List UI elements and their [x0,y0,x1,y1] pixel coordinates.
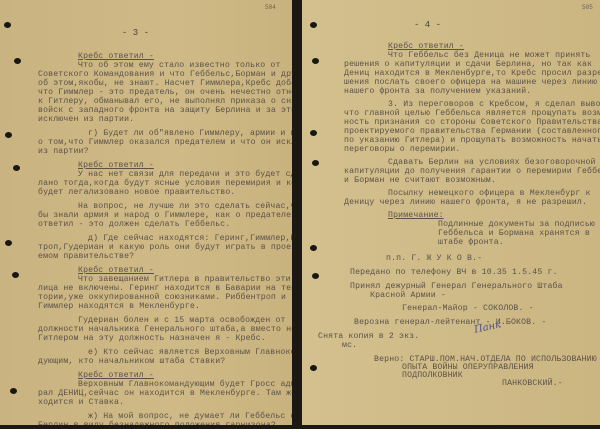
punch-hole [312,160,319,166]
text-line: троп,Гудериан и какую роль они будут игр… [38,243,292,252]
text-line: емом правительстве? [38,252,134,261]
section-heading: Кребс ответил - [78,161,154,170]
text-line: Что об этом ему стало известно только от [78,61,281,70]
text-line: Что завещанием Гитлера в правительство э… [78,275,291,284]
text-line: д) Где сейчас находятся: Геринг,Гиммлер,… [88,234,292,243]
punch-hole [310,22,317,28]
archive-page-number: 584 [265,4,276,11]
text-line: проектируемого правительства Германии (с… [344,127,600,136]
text-line: по указанию Гитлера) и прощупать возможн… [344,136,600,145]
section-heading: Кребс ответил - [78,266,154,275]
text-line: Передано по телефону ВЧ в 10.35 1.5.45 г… [350,268,558,277]
text-line: бы знали армия и народ о Гиммлере, как о… [38,211,292,220]
book-spine [292,0,302,429]
text-line: На вопрос, не лучше ли это сделать сейча… [78,202,292,211]
page-number: - 4 - [414,20,441,30]
text-line: рал ДЕНИЦ,сейчас он находится в Мекленбу… [38,389,292,398]
punch-hole [10,388,17,394]
text-line: к Гитлеру, обманывал его, не выполнял пр… [38,97,292,106]
text-line: ПАНКОВСКИЙ.- [502,379,563,388]
text-line: 3. Из переговоров с Кребсом, я сделал вы… [388,100,600,109]
text-line: решения о капитуляции и сдачи Берлина, н… [344,60,592,69]
text-line: шения послать своего офицера на машине ч… [344,78,597,87]
punch-hole [312,273,319,279]
punch-hole [14,58,21,64]
text-line: ПОДПОЛКОВНИК [402,371,463,380]
punch-hole [4,22,11,28]
document-page-left: 584 - 3 - Кребс ответил -Что об этом ему… [0,0,292,425]
text-line: п.п. Г. Ж У К О В.- [386,254,482,263]
text-line: Геббельса и Бормана хранятся в [438,229,590,238]
text-line: г) Будет ли об"явлено Гиммлеру, армии и … [88,129,292,138]
text-line: ж) На мой вопрос, не думает ли Геббельс … [88,412,292,421]
text-line: Верозна генерал-лейтенант - И.БОКОВ. - [354,318,546,327]
text-line: ответил - это должен сделать Геббельс. [38,220,230,229]
text-line: будет легализовано новое правительство. [38,188,235,197]
section-heading: Кребс ответил - [78,371,154,380]
text-line: Дениц находится в Мекленбурге,то Кребс п… [344,69,600,78]
text-line: Советского Командования и что Геббельс,Б… [38,70,292,79]
text-line: из партии? [38,147,89,156]
text-line: тории,уже оккупированной союзниками. Риб… [38,293,286,302]
text-line: исключен из партии. [38,115,134,124]
text-line: об этом,якобы, не знают. Насчет Гиммлера… [38,79,292,88]
text-line: Снята копия в 2 экз. [318,332,419,341]
page-number: - 3 - [122,28,149,38]
text-line: Сдавать Берлин на условиях безоговорочно… [388,158,596,167]
punch-hole [5,132,12,138]
text-line: Что Геббельс без Деница не может принять [388,51,591,60]
text-line: ность признания со стороны Советского Пр… [344,118,600,127]
text-line: Верховным Главнокомандующим будет Гросс … [78,380,292,389]
text-line: Подлинные документы за подписью [438,220,595,229]
section-heading: Примечание: [388,211,444,220]
text-line: Деницу через линию нашего фронта, я не р… [344,198,587,207]
punch-hole [12,272,19,278]
text-line: Красной Армии - [370,291,446,300]
punch-hole [13,165,20,171]
text-line: капитуляции до получения гарантии о пере… [344,167,600,176]
text-line: лица не включены. Геринг находится в Бав… [38,284,292,293]
text-line: Гитлером на эту должность назначен я - К… [38,334,266,343]
text-line: что главной целью Геббельса является про… [344,109,600,118]
section-heading: Кребс ответил - [388,42,464,51]
punch-hole [310,365,317,371]
text-line: переговоры о перемирии. [344,145,460,154]
punch-hole [310,245,317,251]
punch-hole [5,240,12,246]
text-line: должности начальника Генерального штаба,… [38,325,292,334]
text-line: Принял дежурный Генерал Генерального Шта… [350,282,563,291]
page-bottom-edge [0,425,600,429]
text-line: нашего фронта за получением указаний. [344,87,531,96]
text-line: дующим, кто начальником штаба Ставки? [38,357,225,366]
punch-hole [310,130,317,136]
archive-page-number: 585 [582,4,593,11]
text-line: У нас нет связи для передачи и это будет… [78,170,292,179]
text-line: лано тогда,когда будут ясные условия пер… [38,179,292,188]
document-page-right: 585 - 4 - Кребс ответил -Что Геббельс бе… [302,0,600,425]
text-line: о том,что Гиммлер оказался предателем и … [38,138,292,147]
text-line: и Борман не считают возможным. [344,176,496,185]
text-line: Гиммлер находятся в Мекленбурге. [38,302,200,311]
text-line: Посылку немецкого офицера в Мекленбург к [388,189,591,198]
text-line: ходится и Ставка. [38,398,124,407]
text-line: штабе фронта. [438,238,504,247]
text-line: Гудериан болен и с 15 марта освобожден о… [78,316,286,325]
text-line: мс. [342,341,357,350]
text-line: е) Кто сейчас является Верховным Главнок… [88,348,292,357]
text-line: войск с западного фронта на защиту Берли… [38,106,292,115]
punch-hole [312,58,319,64]
section-heading: Кребс ответил - [78,52,154,61]
text-line: Генерал-Майор - СОКОЛОВ. - [402,304,534,313]
text-line: что Гиммлер - это предатель, он очень не… [38,88,292,97]
